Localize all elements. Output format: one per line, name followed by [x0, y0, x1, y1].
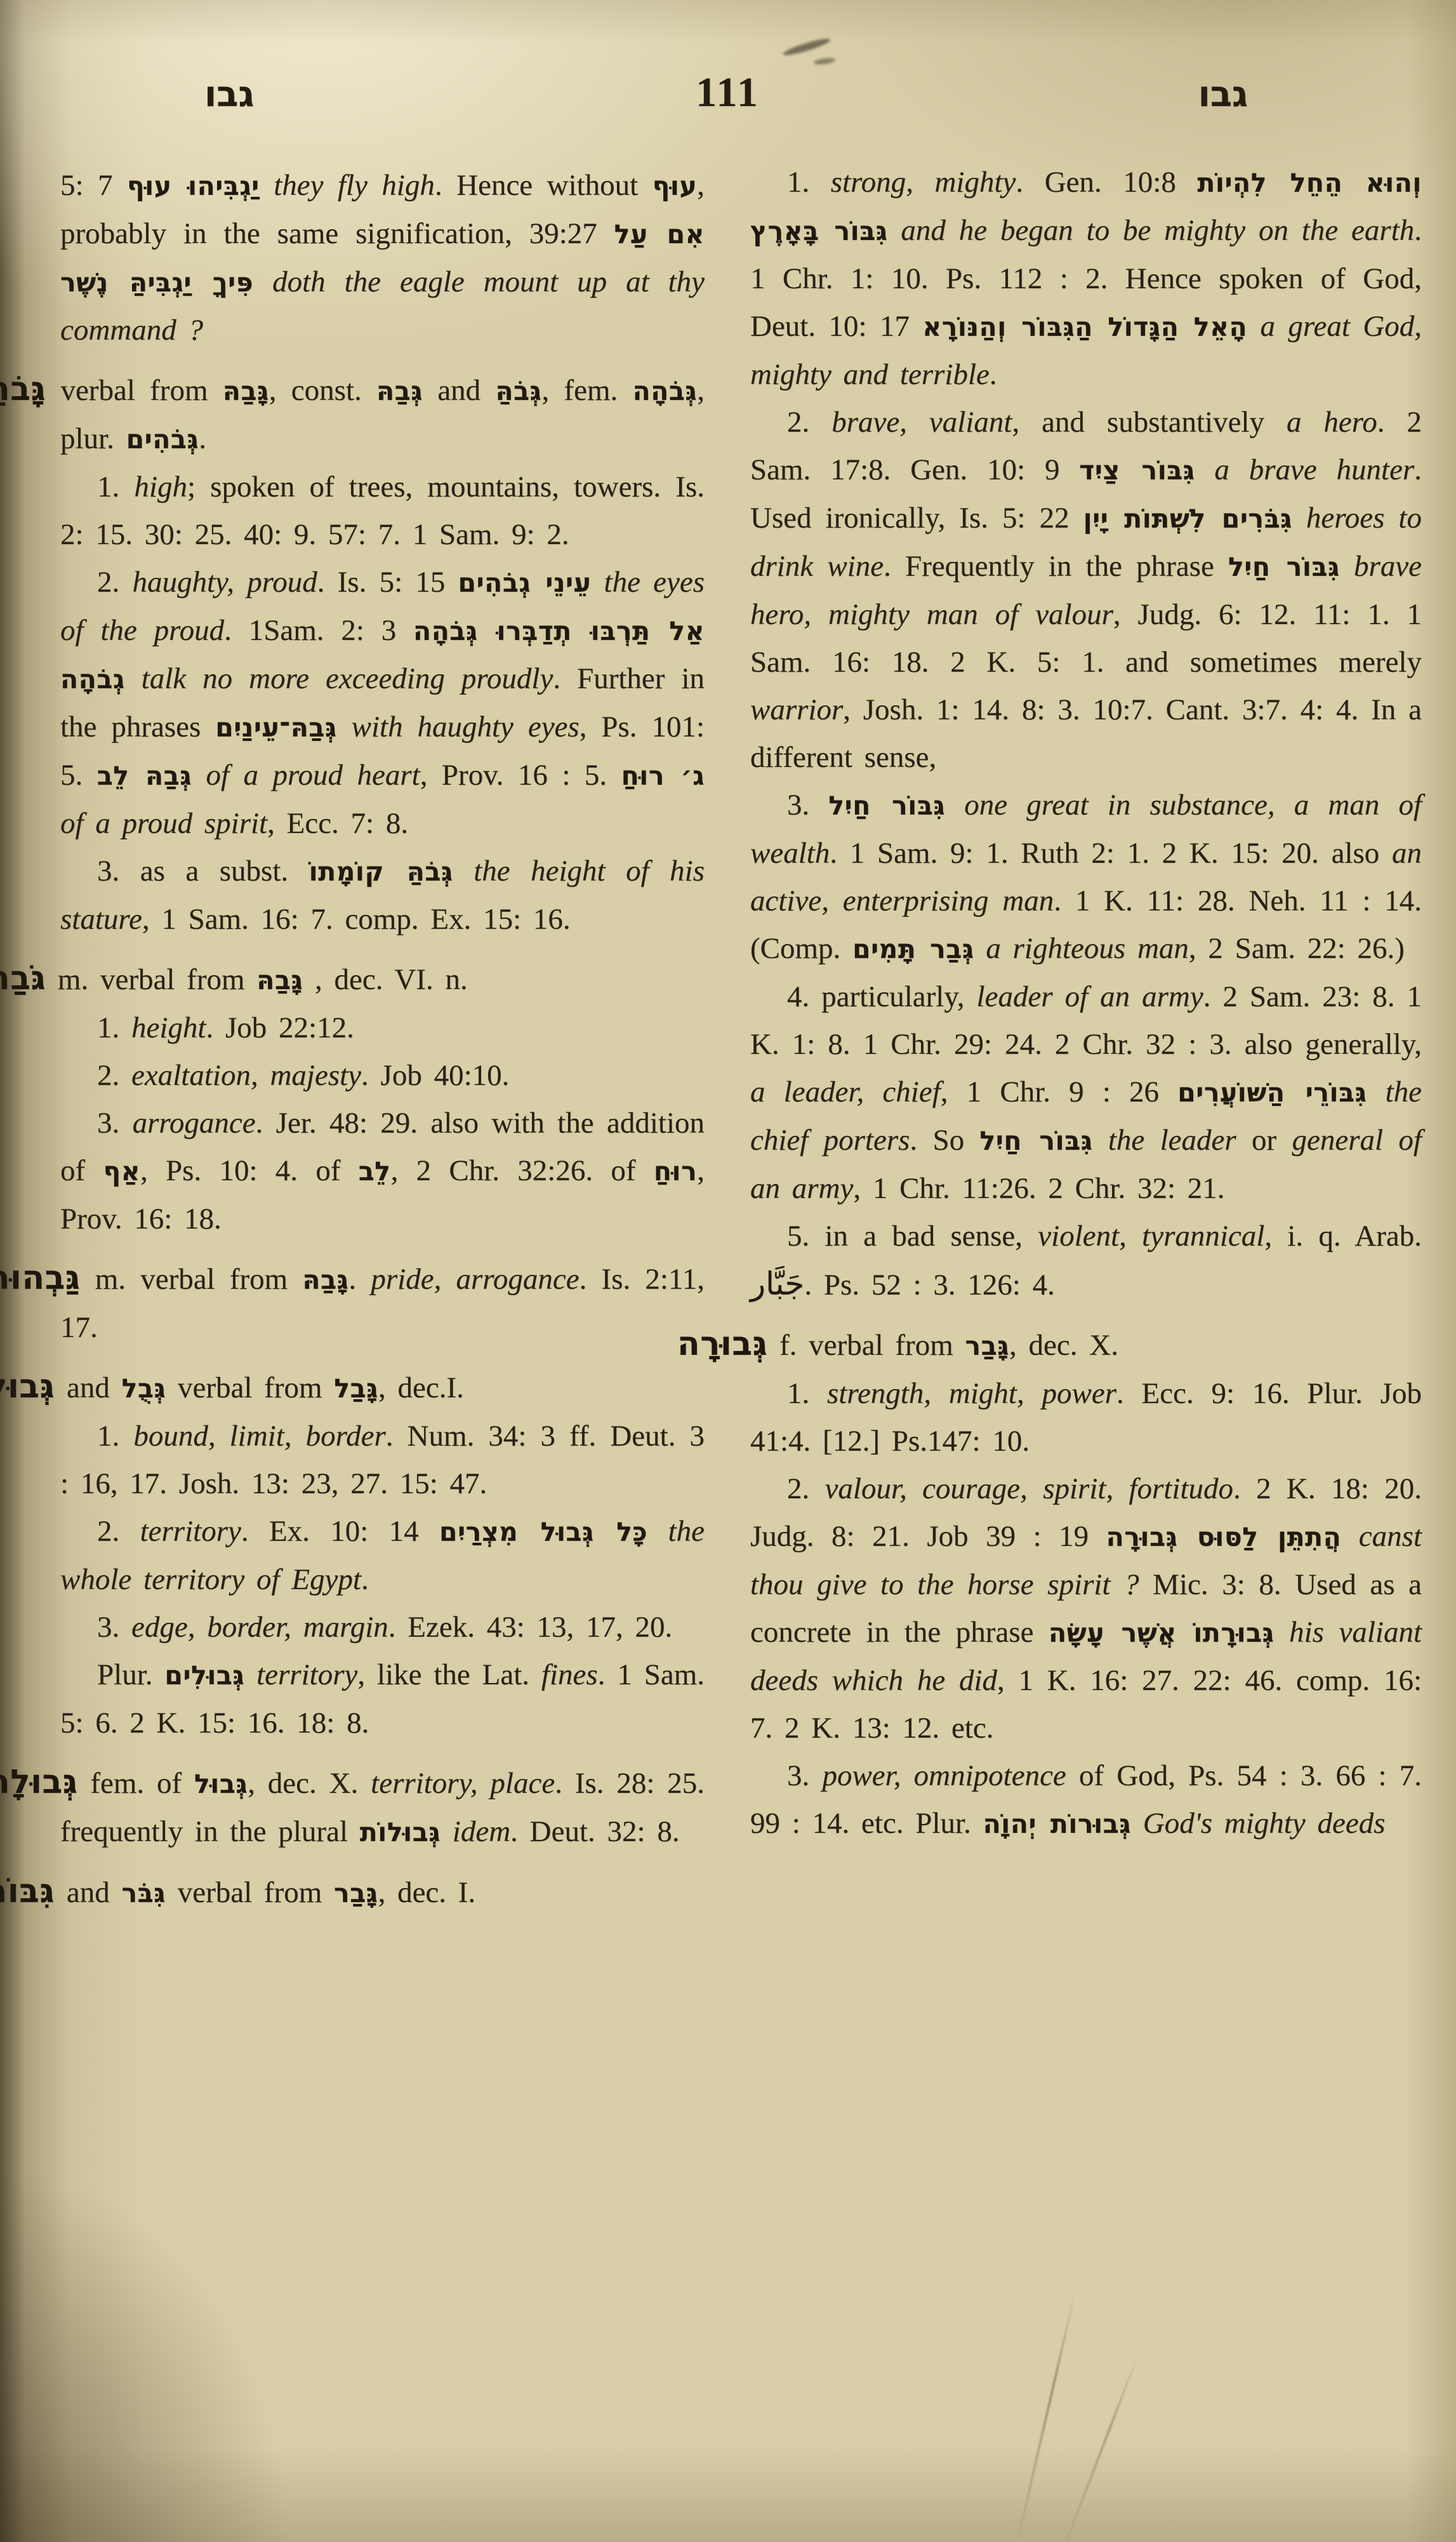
hebrew-word: יַגְבִּיהוּ עוּף [127, 171, 260, 201]
hebrew-word: אַף [103, 1156, 140, 1187]
text-run: m. verbal from [81, 1263, 303, 1296]
gloss-italic: height [131, 1011, 206, 1044]
text-run: . Deut. 32: 8. [510, 1815, 679, 1848]
text-run [244, 1658, 256, 1691]
text-run: 3. [787, 789, 828, 822]
text-run [260, 169, 274, 202]
text-run: . [361, 1563, 369, 1596]
hebrew-word: גָּבַהּ [223, 376, 269, 406]
text-run: and [55, 1876, 121, 1909]
gloss-italic: pride, arrogance [371, 1263, 579, 1296]
text-run: . Gen. 10:8 [1016, 166, 1197, 199]
left-column: 5: 7 יַגְבִּיהוּ עוּף they fly high. Hen… [60, 162, 705, 1917]
text-run [453, 855, 474, 888]
paragraph: 1. strength, might, power. Ecc. 9: 16. P… [750, 1370, 1422, 1465]
paragraph: 2. valour, courage, spirit, fortitudo. 2… [750, 1465, 1422, 1752]
paragraph: 1. bound, limit, border. Num. 34: 3 ff. … [60, 1413, 705, 1508]
gloss-italic: warrior [750, 693, 843, 726]
lexicon-entry: גְּבוּלָה fem. of גְּבוּל, dec. X. terri… [60, 1759, 705, 1856]
hebrew-word: גְּבֻל [122, 1373, 166, 1404]
gloss-italic: haughty, proud [132, 566, 317, 599]
text-run: . Ex. 10: 14 [241, 1515, 439, 1548]
text-run: , 1 Chr. 9 : 26 [941, 1075, 1177, 1108]
gloss-italic: with haughty eyes [352, 710, 579, 743]
lexicon-entry: גִּבּוֹר and גִּבֹּר verbal from גָּבַר,… [60, 1868, 705, 1917]
text-run: 2. [97, 566, 132, 599]
text-run: . [348, 1263, 371, 1296]
paragraph: 2. territory. Ex. 10: 14 כָּל גְּבוּל מִ… [60, 1508, 705, 1604]
paragraph: 2. haughty, proud. Is. 5: 15 עֵינֵי גְבֹ… [60, 559, 705, 848]
gloss-italic: bound, limit, border [133, 1420, 385, 1453]
hebrew-word: גְּבַהּ לֵב [97, 761, 192, 791]
text-run: , dec. X. [248, 1767, 371, 1800]
text-run [591, 566, 604, 599]
text-run: , and substantively [1012, 406, 1286, 439]
text-run: 3. [97, 1107, 133, 1140]
text-run: 4. particularly, [787, 980, 977, 1013]
paragraph: 5. in a bad sense, violent, tyrannical, … [750, 1213, 1422, 1309]
text-run [1340, 550, 1354, 583]
text-run [1292, 502, 1306, 535]
text-run: 2. [787, 1472, 825, 1505]
hebrew-headword: גָּבֹהַּ [0, 370, 46, 408]
hebrew-word: גָּבַהּ [302, 1265, 348, 1295]
hebrew-word: גְּבַהּ [376, 376, 423, 406]
gloss-italic: exaltation, majesty [131, 1059, 361, 1092]
hebrew-headword: גַּבְהוּת [0, 1259, 81, 1297]
text-run: 2. [97, 1059, 131, 1092]
text-run: fem. of [77, 1767, 194, 1800]
hebrew-word: גִּבּוֹר חַיִל [828, 790, 945, 821]
paragraph: 5: 7 יַגְבִּיהוּ עוּף they fly high. Hen… [60, 162, 705, 354]
text-run: , fem. [541, 374, 632, 407]
text-run: , dec.I. [378, 1371, 464, 1404]
page-number: 111 [696, 69, 760, 117]
text-run: , Ps. 10: 4. of [140, 1154, 359, 1187]
hebrew-headword: גְּבוּל [0, 1367, 55, 1406]
hebrew-word: גִּבּוֹרֵי הַשּׁוֹעֲרִים [1177, 1077, 1367, 1108]
hebrew-word: גְּבוּרוֹת יְהוָֹה [983, 1809, 1131, 1839]
paragraph: 1. strong, mighty. Gen. 10:8 וְהוּא הֵחֵ… [750, 159, 1422, 399]
lexicon-entry: גְּבוּל and גְּבֻל verbal from גָּבַל, d… [60, 1363, 705, 1413]
lexicon-entry: גַּבְהוּת m. verbal from גָּבַהּ. pride,… [60, 1254, 705, 1352]
hebrew-word: גְּבֹהִים [126, 424, 199, 455]
text-run: . [989, 358, 997, 391]
hebrew-word: גְּבוּל [194, 1769, 248, 1799]
text-run: 3. [787, 1759, 822, 1792]
gloss-italic: strength, might, power [827, 1377, 1116, 1410]
gloss-italic: arrogance [133, 1107, 256, 1140]
paragraph: 2. brave, valiant, and substantively a h… [750, 399, 1422, 782]
text-run: and [55, 1371, 121, 1404]
gloss-italic: of a proud heart [206, 759, 420, 792]
text-run: 1. [97, 470, 134, 503]
hebrew-word: גִּבֹּר [121, 1878, 166, 1908]
header-catchword-right: גבו [1198, 74, 1248, 115]
hebrew-word: גְּבַר תָּמִים [852, 934, 974, 964]
text-run [647, 1515, 668, 1548]
text-run: , 2 Sam. 22: 26.) [1189, 932, 1405, 965]
hebrew-word: גִּבֹּרִים לִשְׁתּוֹת יָיִן [1083, 503, 1292, 534]
paragraph: 3. as a subst. גְּבֹהַּ קוֹמָתוֹ the hei… [60, 848, 705, 943]
paragraph: Plur. גְּבוּלִים territory, like the Lat… [60, 1651, 705, 1747]
gloss-italic: a leader, chief [750, 1075, 941, 1108]
text-run: 1. [97, 1420, 133, 1453]
text-run [974, 932, 986, 965]
text-run: or [1236, 1124, 1292, 1157]
text-run [1341, 1520, 1359, 1553]
text-run: verbal from [46, 374, 223, 407]
hebrew-word: הֲתִתֵּן לַסּוּס גְּבוּרָה [1106, 1522, 1342, 1552]
lexicon-entry: גְּבוּרָה f. verbal from גָּבַר, dec. X. [750, 1321, 1422, 1370]
text-run: 5: 7 [60, 169, 127, 202]
running-header: גבו 111 גבו [0, 69, 1456, 138]
hebrew-headword: גְּבוּרָה [677, 1325, 767, 1363]
text-run: . Ezek. 43: 13, 17, 20. [388, 1611, 673, 1644]
lexicon-entry: גֹּבַהּ m. verbal from גָּבַהּ , dec. VI… [60, 955, 705, 1004]
gloss-italic: God's mighty deeds [1143, 1807, 1386, 1840]
text-run: , Prov. 16 : 5. [420, 759, 621, 792]
gloss-italic: leader of an army [977, 980, 1203, 1013]
gloss-italic: a hero [1287, 406, 1377, 439]
gloss-italic: valour, courage, spirit, fortitudo [825, 1472, 1233, 1505]
arabic-word: جَبَّار [750, 1265, 804, 1302]
text-run [945, 789, 964, 822]
hebrew-word: גָּבַל [334, 1373, 378, 1404]
gloss-italic: territory, place [371, 1767, 555, 1800]
hebrew-word: גְּבֹהַּ קוֹמָתוֹ [309, 856, 453, 887]
text-run: , 1 Sam. 16: 7. comp. Ex. 15: 16. [142, 903, 571, 936]
text-run [1195, 453, 1215, 486]
hebrew-headword: גְּבוּלָה [0, 1763, 77, 1801]
gloss-italic: of a proud spirit [60, 807, 267, 840]
text-run: 1. [97, 1011, 131, 1044]
hebrew-word: גִּבּוֹר צַיִד [1079, 455, 1195, 486]
ink-smudge [782, 36, 831, 58]
hebrew-word: גָּבַר [965, 1331, 1010, 1361]
text-run: . 1Sam. 2: 3 [224, 614, 413, 647]
gloss-italic: violent, tyrannical [1038, 1220, 1264, 1253]
hebrew-word: גָּבַר [334, 1878, 378, 1908]
hebrew-word: כָּל גְּבוּל מִצְרַיִם [439, 1517, 647, 1547]
text-run [1093, 1124, 1108, 1157]
gloss-italic: a righteous man [986, 932, 1189, 965]
text-run: 5. in a bad sense, [787, 1220, 1038, 1253]
text-run: verbal from [166, 1876, 334, 1909]
scanned-lexicon-page: גבו 111 גבו 5: 7 יַגְבִּיהוּ עוּף they f… [0, 0, 1456, 2542]
gloss-italic: the leader [1108, 1124, 1236, 1157]
gloss-italic: they fly high [274, 169, 435, 202]
text-run [192, 759, 206, 792]
text-run: f. verbal from [767, 1329, 965, 1362]
gloss-italic: edge, border, margin [131, 1611, 388, 1644]
gloss-italic: power, omnipotence [822, 1759, 1066, 1792]
text-run: , dec. I. [378, 1876, 476, 1909]
paragraph: 3. arrogance. Jer. 48: 29. also with the… [60, 1100, 705, 1243]
text-run: 2. [787, 406, 831, 439]
text-run: , Josh. 1: 14. 8: 3. 10:7. Cant. 3:7. 4:… [750, 693, 1422, 774]
paragraph: 3. גִּבּוֹר חַיִל one great in substance… [750, 782, 1422, 973]
text-run: . Is. 5: 15 [317, 566, 458, 599]
gloss-italic: territory [256, 1658, 357, 1691]
hebrew-word: גִּבּוֹר חַיִל [980, 1126, 1093, 1156]
text-run: . Job 22:12. [206, 1011, 354, 1044]
hebrew-word: הָאֵל הַגָּדוֹל הַגִּבּוֹר וְהַנּוֹרָא [922, 312, 1247, 342]
hebrew-word: רוּחַ [654, 1156, 697, 1187]
text-run: . Frequently in the phrase [884, 550, 1228, 583]
text-run: . 1 Sam. 9: 1. Ruth 2: 1. 2 K. 15: 20. a… [830, 837, 1392, 870]
hebrew-headword: גִּבּוֹר [0, 1872, 55, 1910]
hebrew-word: גְּבוּרָתוֹ אֲשֶׁר עָשָׂה [1049, 1618, 1274, 1648]
hebrew-word: גְּבוּלוֹת [360, 1817, 440, 1847]
lexicon-entry: גָּבֹהַּ verbal from גָּבַהּ, const. גְּ… [60, 366, 705, 463]
text-run: 2. [97, 1515, 140, 1548]
hebrew-word: גָּבַהּ [256, 965, 303, 995]
gloss-italic: a brave hunter [1214, 453, 1414, 486]
text-run: , i. q. Arab. [1264, 1220, 1422, 1253]
text-run: , dec. VI. n. [303, 963, 467, 996]
hebrew-word: גְּבַהּ־עֵינַיִם [215, 712, 337, 743]
text-run: Plur. [97, 1658, 164, 1691]
text-run [253, 265, 272, 298]
paragraph: 1. height. Job 22:12. [60, 1004, 705, 1052]
text-run [1367, 1075, 1385, 1108]
text-run [888, 214, 901, 247]
text-run [337, 710, 352, 743]
gloss-italic: territory [140, 1515, 241, 1548]
paragraph: 2. exaltation, majesty. Job 40:10. [60, 1052, 705, 1100]
gloss-italic: fines [541, 1658, 598, 1691]
hebrew-headword: גֹּבַהּ [0, 959, 46, 997]
text-run: , dec. X. [1009, 1329, 1118, 1362]
text-run [1274, 1616, 1290, 1649]
text-run: 3. [97, 1611, 131, 1644]
ink-smudge [814, 57, 836, 66]
text-run: , Ecc. 7: 8. [267, 807, 408, 840]
text-run [125, 662, 142, 695]
text-run: 1. [787, 1377, 827, 1410]
text-run: . Hence without [435, 169, 652, 202]
text-run: . Ps. 52 : 3. 126: 4. [804, 1268, 1055, 1301]
text-run: , like the Lat. [357, 1658, 541, 1691]
pencil-scratch [1016, 2282, 1078, 2542]
gloss-italic: strong, mighty [831, 166, 1016, 199]
hebrew-word: לֵב [359, 1156, 391, 1187]
gloss-italic: high [134, 470, 187, 503]
gloss-italic: brave, valiant [831, 406, 1012, 439]
hebrew-word: עוּף [652, 171, 698, 201]
pencil-scratch [1064, 2349, 1141, 2542]
hebrew-word: עֵינֵי גְבֹהִים [458, 568, 592, 598]
hebrew-word: גִּבּוֹר חַיִל [1228, 552, 1340, 582]
paragraph: 3. edge, border, margin. Ezek. 43: 13, 1… [60, 1604, 705, 1651]
hebrew-word: גְּבֹהַּ [495, 376, 541, 406]
gloss-italic: talk no more exceeding proudly [142, 662, 553, 695]
text-run: . [199, 422, 206, 455]
text-run [1131, 1807, 1143, 1840]
right-column: 1. strong, mighty. Gen. 10:8 וְהוּא הֵחֵ… [750, 159, 1422, 1848]
paragraph: 1. high; spoken of trees, mountains, tow… [60, 463, 705, 559]
hebrew-word: גְּבוּלִים [164, 1660, 244, 1691]
text-run: verbal from [166, 1371, 334, 1404]
text-run: , 1 Chr. 11:26. 2 Chr. 32: 21. [853, 1172, 1224, 1205]
text-run [440, 1815, 453, 1848]
text-run [1247, 310, 1260, 343]
text-run: m. verbal from [46, 963, 256, 996]
text-run: 1. [787, 166, 831, 199]
text-run: , const. [269, 374, 376, 407]
gloss-italic: and he began to be mighty on the earth [901, 214, 1414, 247]
header-catchword-left: גבו [204, 74, 254, 115]
text-run: . So [910, 1124, 979, 1157]
hebrew-word: ג׳ רוּחַ [621, 761, 705, 791]
paragraph: 4. particularly, leader of an army. 2 Sa… [750, 973, 1422, 1213]
text-run: and [423, 374, 495, 407]
paragraph: 3. power, omnipotence of God, Ps. 54 : 3… [750, 1752, 1422, 1848]
text-run: 3. as a subst. [97, 855, 309, 888]
text-run: . Job 40:10. [361, 1059, 509, 1092]
hebrew-word: גְּבֹהָה [633, 376, 698, 406]
gloss-italic: idem [453, 1815, 510, 1848]
text-run: , 2 Chr. 32:26. of [391, 1154, 654, 1187]
